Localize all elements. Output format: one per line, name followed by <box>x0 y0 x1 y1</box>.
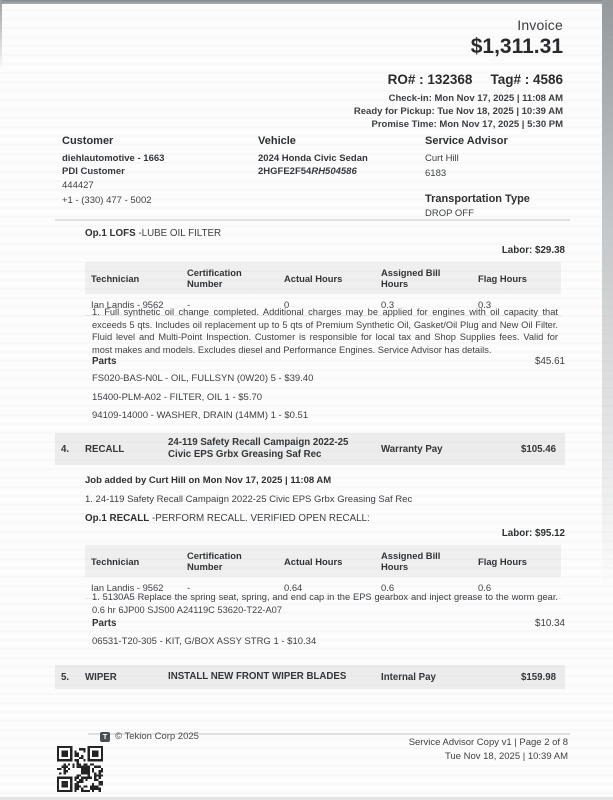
job-amount: $159.98 <box>481 672 565 683</box>
job-pay-type: Warranty Pay <box>381 444 481 455</box>
col-technician: Technician <box>85 545 181 577</box>
transportation-block: Transportation Type DROP OFF <box>425 193 573 221</box>
job-description: INSTALL NEW FRONT WIPER BLADES <box>168 671 381 684</box>
promise-time: Promise Time: Mon Nov 17, 2025 | 5:30 PM <box>354 118 563 131</box>
parts-total: $10.34 <box>535 618 565 629</box>
scan-edge-left <box>0 0 2 70</box>
part-line: 06531-T20-305 - KIT, G/BOX ASSY STRG 1 -… <box>92 636 316 647</box>
job-wiper-band: 5. WIPER INSTALL NEW FRONT WIPER BLADES … <box>55 665 565 689</box>
job-number: 5. <box>55 672 85 683</box>
invoice-total: $1,311.31 <box>354 35 563 59</box>
table-header-row: Technician Certification Number Actual H… <box>85 262 561 294</box>
job-description: 24-119 Safety Recall Campaign 2022-25 Ci… <box>168 437 381 462</box>
table-header-row: Technician Certification Number Actual H… <box>85 545 561 577</box>
invoice-header: Invoice $1,311.31 RO# : 132368Tag# : 458… <box>354 17 563 131</box>
tekion-logo-icon: T <box>100 732 110 742</box>
copyright-text: © Tekion Corp 2025 <box>115 731 199 742</box>
vehicle-title: Vehicle <box>258 135 425 147</box>
job-name: WIPER <box>85 672 168 683</box>
col-certification: Certification Number <box>181 262 278 294</box>
job-added-by: Job added by Curt Hill on Mon Nov 17, 20… <box>85 475 331 486</box>
col-certification: Certification Number <box>181 545 278 577</box>
col-technician: Technician <box>85 262 181 294</box>
col-flag-hours: Flag Hours <box>472 545 561 577</box>
parts-total: $45.61 <box>535 356 565 367</box>
lofs-parts-row: Parts $45.61 <box>92 356 565 367</box>
scan-edge-right <box>602 0 613 620</box>
document-type: Invoice <box>354 17 563 33</box>
customer-name: diehlautomotive - 1663 <box>62 153 258 166</box>
advisor-block: Service Advisor Curt Hill 6183 Transport… <box>425 135 573 221</box>
service-advisor-title: Service Advisor <box>425 135 573 147</box>
part-line: 15400-PLM-A02 - FILTER, OIL 1 - $5.70 <box>92 392 262 403</box>
job-pay-type: Internal Pay <box>381 672 481 683</box>
vehicle-vin: 2HGFE2F54RH504586 <box>258 166 425 179</box>
recall-parts-row: Parts $10.34 <box>92 618 565 629</box>
job-amount: $105.46 <box>481 444 565 455</box>
recall-labor-amount: Labor: $95.12 <box>502 528 565 539</box>
col-actual-hours: Actual Hours <box>278 545 375 577</box>
ro-tag-line: RO# : 132368Tag# : 4586 <box>354 72 563 87</box>
job-number: 4. <box>55 444 85 455</box>
header-meta: Check-in: Mon Nov 17, 2025 | 11:08 AM Re… <box>354 92 563 131</box>
op-lofs-title: Op.1 LOFS -LUBE OIL FILTER <box>85 228 221 239</box>
job-name: RECALL <box>85 444 168 455</box>
customer-phone: +1 - (330) 477 - 5002 <box>62 195 258 208</box>
lofs-labor-amount: Labor: $29.38 <box>502 245 565 256</box>
col-assigned-hours: Assigned Bill Hours <box>375 262 472 294</box>
op-recall-title: Op.1 RECALL -PERFORM RECALL. VERIFIED OP… <box>85 513 370 524</box>
col-assigned-hours: Assigned Bill Hours <box>375 545 472 577</box>
service-advisor-name: Curt Hill <box>425 153 573 166</box>
recall-note: 1. 5130A5 Replace the spring seat, sprin… <box>92 591 558 616</box>
parts-label: Parts <box>92 356 117 367</box>
col-flag-hours: Flag Hours <box>472 262 561 294</box>
customer-title: Customer <box>62 135 258 147</box>
divider <box>55 219 570 221</box>
footer-brand: T © Tekion Corp 2025 <box>100 731 199 742</box>
part-line: 94109-14000 - WASHER, DRAIN (14MM) 1 - $… <box>92 410 308 421</box>
recall-line1: 1. 24-119 Safety Recall Campaign 2022-25… <box>85 494 412 505</box>
service-advisor-number: 6183 <box>425 168 573 181</box>
job-recall-band: 4. RECALL 24-119 Safety Recall Campaign … <box>55 433 565 465</box>
customer-number: 444427 <box>62 180 258 193</box>
qr-code <box>57 746 103 792</box>
part-line: FS020-BAS-N0L - OIL, FULLSYN (0W20) 5 - … <box>92 373 313 384</box>
customer-block: Customer diehlautomotive - 1663 PDI Cust… <box>62 135 258 221</box>
check-in-time: Check-in: Mon Nov 17, 2025 | 11:08 AM <box>354 92 563 105</box>
invoice-page: Invoice $1,311.31 RO# : 132368Tag# : 458… <box>0 0 613 800</box>
lofs-note: 1. Full synthetic oil change completed. … <box>92 306 558 356</box>
parties-section: Customer diehlautomotive - 1663 PDI Cust… <box>62 135 573 221</box>
ro-number: RO# : 132368 <box>388 72 473 87</box>
transportation-title: Transportation Type <box>425 193 573 205</box>
vehicle-block: Vehicle 2024 Honda Civic Sedan 2HGFE2F54… <box>258 135 425 221</box>
tag-number: Tag# : 4586 <box>490 72 563 87</box>
col-actual-hours: Actual Hours <box>278 262 375 294</box>
parts-label: Parts <box>92 618 117 629</box>
customer-type: PDI Customer <box>62 166 258 179</box>
copy-version-page: Service Advisor Copy v1 | Page 2 of 8 <box>409 736 568 750</box>
printed-timestamp: Tue Nov 18, 2025 | 10:39 AM <box>409 750 568 764</box>
scan-edge-top <box>0 0 613 4</box>
vehicle-model: 2024 Honda Civic Sedan <box>258 153 425 166</box>
ready-for-pickup-time: Ready for Pickup: Tue Nov 18, 2025 | 10:… <box>354 105 563 118</box>
footer-page-info: Service Advisor Copy v1 | Page 2 of 8 Tu… <box>409 736 568 763</box>
